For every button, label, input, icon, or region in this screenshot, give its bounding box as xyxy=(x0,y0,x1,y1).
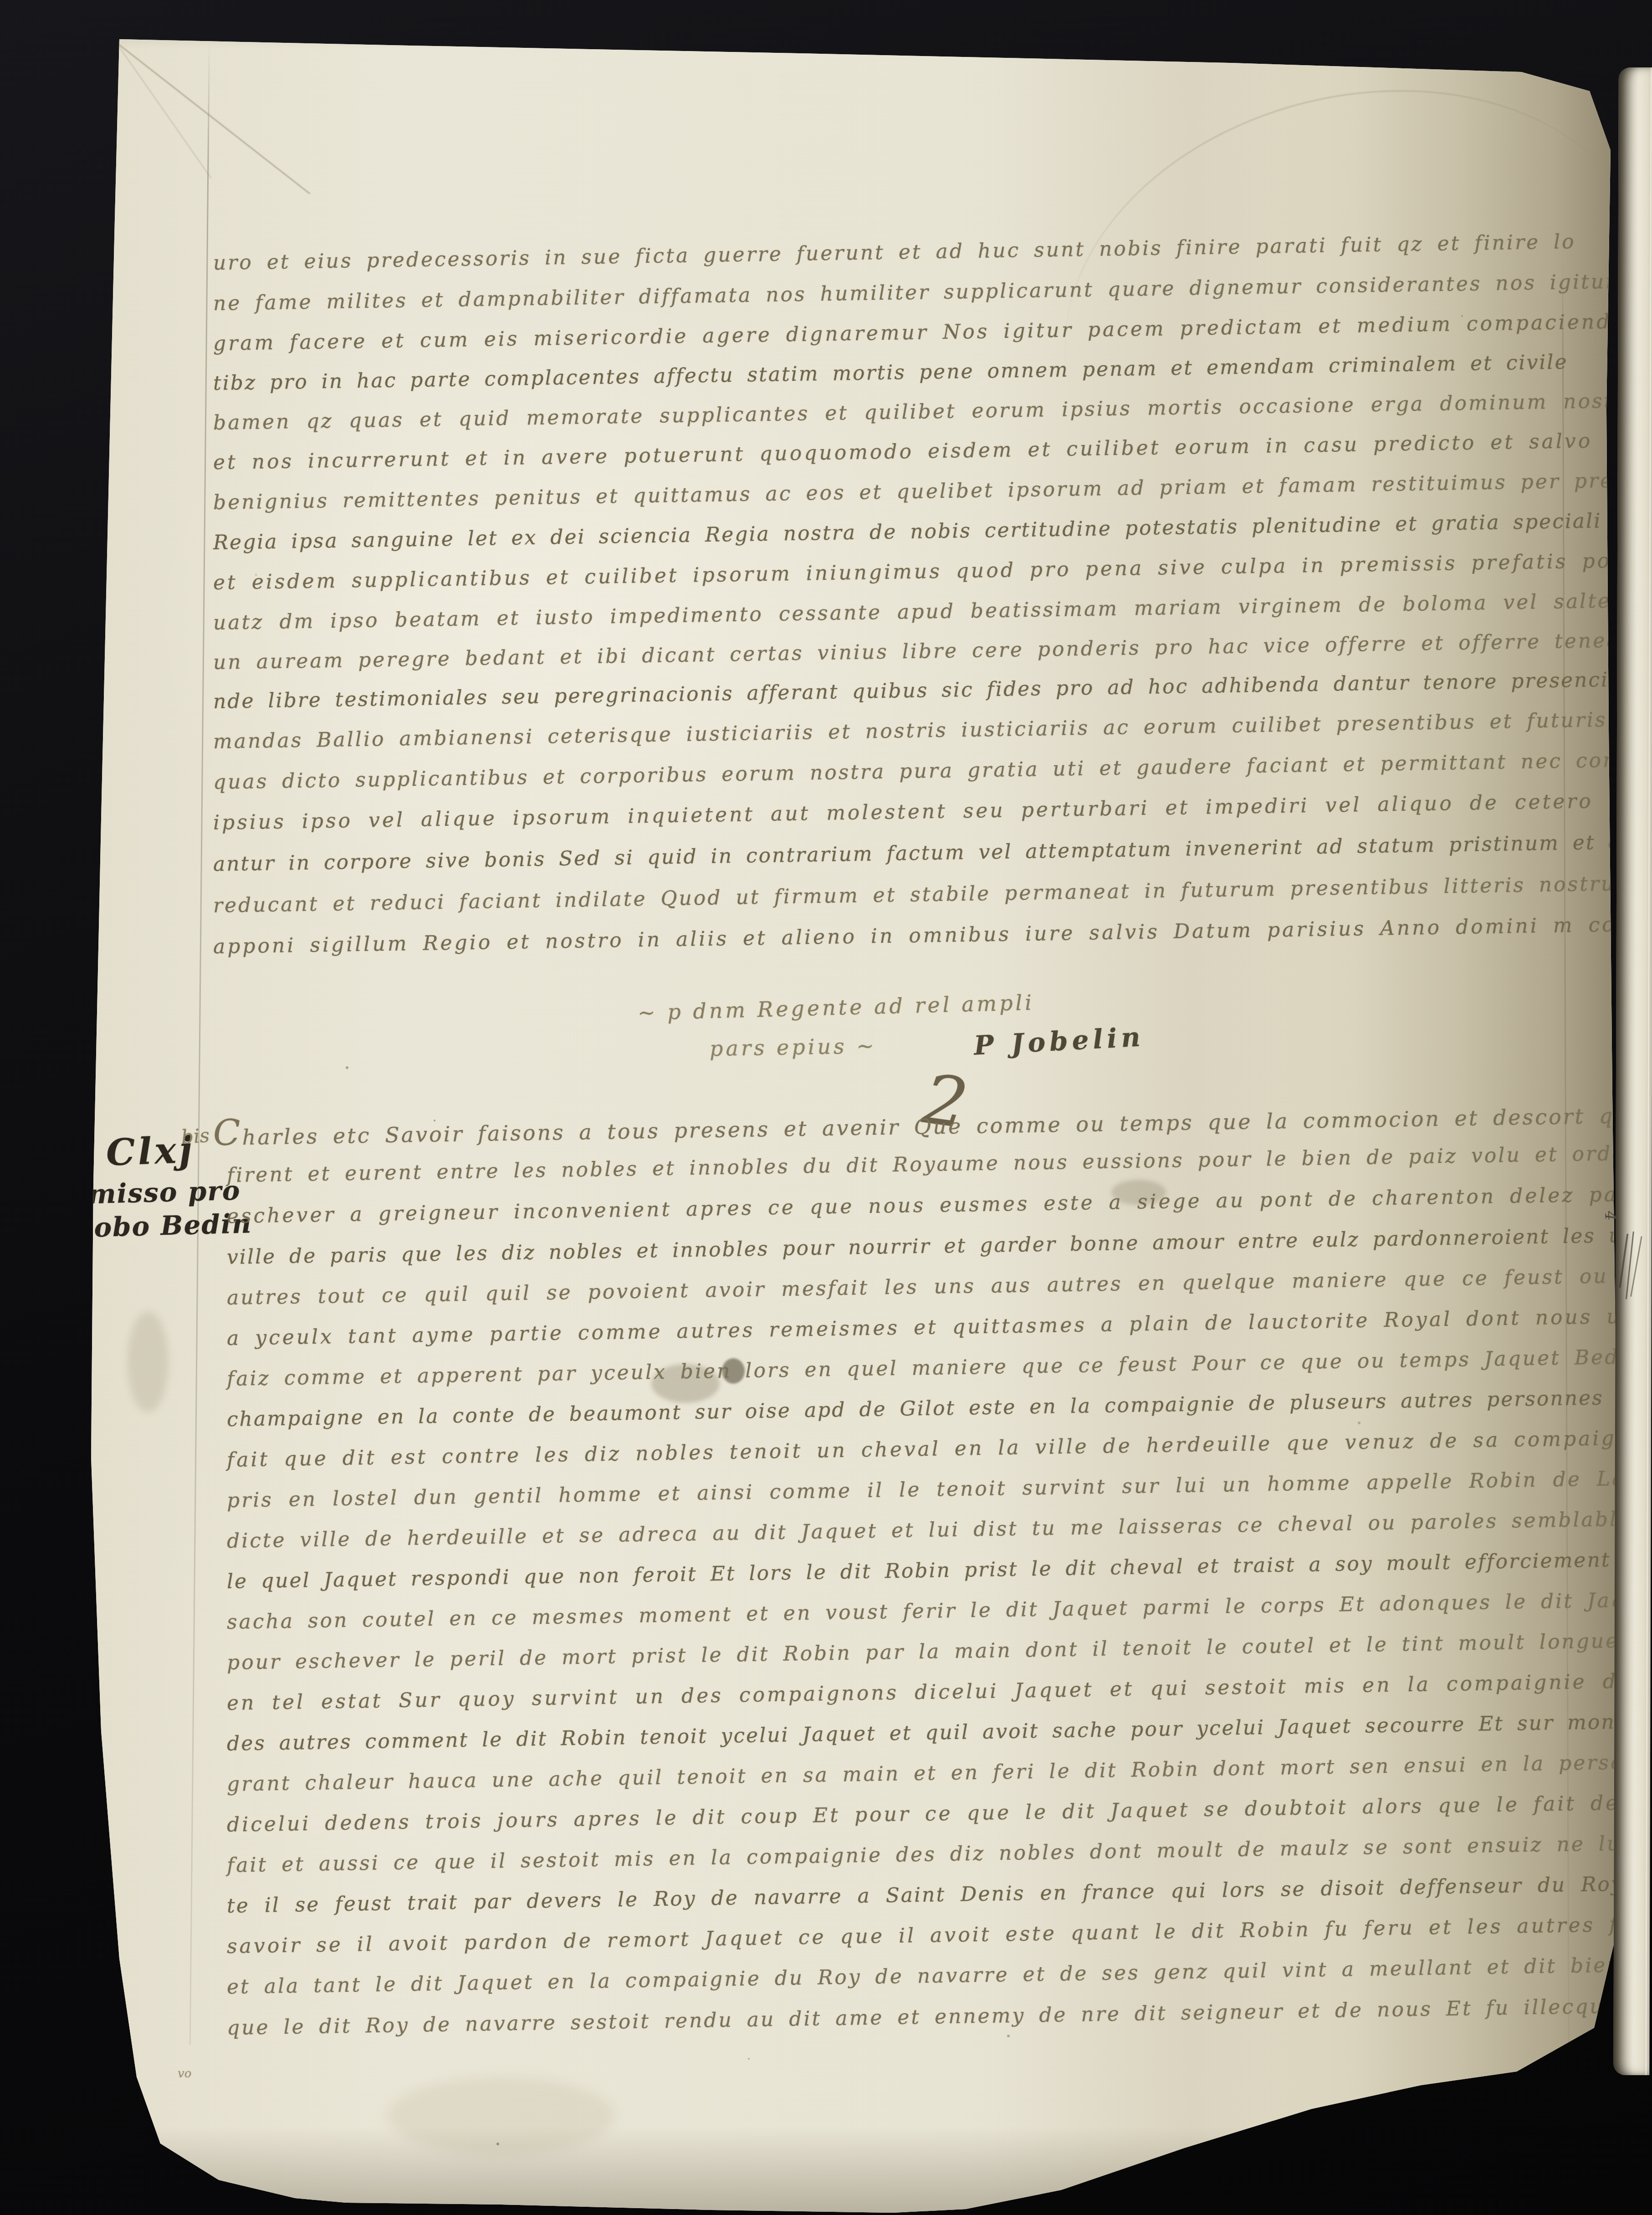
manuscript-line: fait que dit est contre les diz nobles t… xyxy=(227,1424,1652,1472)
manuscript-line: un auream peregre bedant et ibi dicant c… xyxy=(213,627,1652,674)
rubric-remission-line1: Remisso pro xyxy=(47,1175,241,1211)
manuscript-line: pris en lostel dun gentil homme et ainsi… xyxy=(227,1465,1652,1512)
manuscript-line: sacha son coutel en ce mesmes moment et … xyxy=(227,1588,1652,1634)
backdrop: uro et eius predecessoris in sue ficta g… xyxy=(0,0,1652,2215)
manuscript-line: firent et eurent entre les nobles et inn… xyxy=(227,1140,1652,1187)
manuscript-line: quas dicto supplicantibus et corporibus … xyxy=(213,747,1652,794)
manuscript-line: a yceulx tant ayme partie comme autres r… xyxy=(227,1302,1652,1350)
manuscript-line: reducant et reduci faciant indilate Quod… xyxy=(213,870,1652,917)
manuscript-line: en tel estat Sur quoy survint un des com… xyxy=(227,1668,1652,1715)
chancery-signature: P Jobelin xyxy=(973,1021,1145,1061)
manuscript-page: uro et eius predecessoris in sue ficta g… xyxy=(0,0,1652,2215)
leaf-edge-highlight xyxy=(1645,67,1652,2075)
manuscript-line: dicte ville de herdeuille et se adreca a… xyxy=(227,1507,1644,1553)
left-ruling-line xyxy=(189,41,210,2045)
manuscript-line: apponi sigillum Regio et nostro in aliis… xyxy=(213,910,1652,958)
manuscript-line: ville de paris que les diz nobles et inn… xyxy=(227,1223,1652,1269)
rubric-remission-line2: Jacobo Bedin xyxy=(45,1208,252,1244)
manuscript-line: eschever a greigneur inconvenient apres … xyxy=(227,1178,1652,1228)
manuscript-line: champaigne en la conte de beaumont sur o… xyxy=(227,1384,1652,1431)
manuscript-line: te il se feust trait par devers le Roy d… xyxy=(227,1870,1652,1918)
edge-note: 4 xyxy=(1601,1211,1620,1225)
manuscript-line: ipsius ipso vel alique ipsorum inquieten… xyxy=(213,788,1652,834)
corner-crease xyxy=(116,42,310,194)
manuscript-line: Regia ipsa sanguine let ex dei sciencia … xyxy=(213,506,1652,554)
manuscript-line: que le dit Roy de navarre sestoit rendu … xyxy=(227,1993,1652,2040)
stain xyxy=(387,2077,615,2154)
manuscript-line: et eisdem supplicantibus et cuilibet ips… xyxy=(213,544,1652,594)
manuscript-line: antur in corpore sive bonis Sed si quid … xyxy=(213,829,1652,876)
manuscript-line: mandas Ballio ambianensi ceterisque iust… xyxy=(213,703,1652,753)
manuscript-line: dicelui dedens trois jours apres le dit … xyxy=(227,1789,1652,1836)
subscription-line: pars epius ~ xyxy=(710,1033,877,1061)
manuscript-line: savoir se il avoit pardon de remort Jaqu… xyxy=(227,1910,1652,1958)
edge-scribble xyxy=(1619,1233,1628,1288)
ink-specks xyxy=(0,0,2,2)
stain xyxy=(128,1312,169,1412)
manuscript-line: le quel Jaquet respondi que non feroit E… xyxy=(227,1548,1647,1593)
facing-leaf-edge: 4 xyxy=(1613,67,1652,2075)
bottom-margin-mark: vo xyxy=(178,2067,191,2081)
manuscript-line: faiz comme et apperent par yceulx bien l… xyxy=(227,1342,1652,1391)
manuscript-line: fait et aussi ce que il sestoit mis en l… xyxy=(227,1829,1652,1877)
bis-note: bis xyxy=(180,1124,210,1148)
manuscript-line: nde libre testimoniales seu peregrinacio… xyxy=(213,667,1652,713)
subscription-line: ~ p dnm Regente ad rel ampli xyxy=(637,990,1034,1025)
manuscript-line: uatz dm ipso beatam et iusto impedimento… xyxy=(213,588,1652,634)
manuscript-line: des autres comment le dit Robin tenoit y… xyxy=(227,1710,1616,1755)
corner-crease xyxy=(117,44,211,179)
manuscript-line: et ala tant le dit Jaquet en la compaign… xyxy=(227,1952,1652,1999)
manuscript-line: pour eschever le peril de mort prist le … xyxy=(227,1628,1652,1674)
manuscript-line: grant chaleur hauca une ache quil tenoit… xyxy=(227,1750,1652,1796)
manuscript-line: autres tout ce quil quil se povoient avo… xyxy=(227,1262,1652,1310)
